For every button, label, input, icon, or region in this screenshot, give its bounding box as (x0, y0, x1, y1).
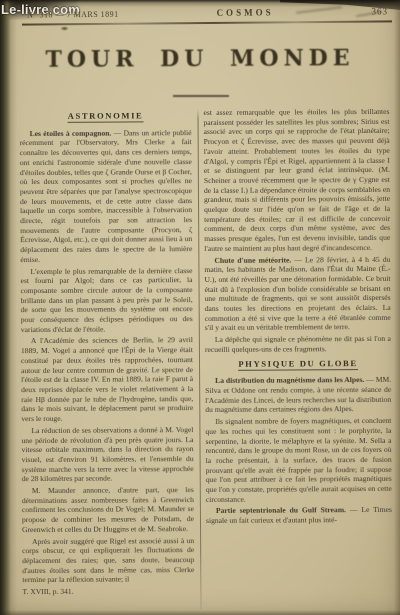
scan-edge-right (394, 0, 400, 615)
paragraph-lead: Les étoiles à compagnon. (30, 128, 112, 137)
column-divider (197, 109, 201, 609)
page-number: 363 (371, 6, 388, 16)
article-columns: ASTRONOMIE Les étoiles à compagnon. — Da… (19, 105, 392, 615)
paragraph-text: Ils signalent nombre de foyers magnétiqu… (205, 416, 391, 504)
paragraph-lead: Partie septentrionale du Gulf Stream. (216, 506, 346, 516)
paragraph: Les étoiles à compagnon. — Dans un artic… (20, 128, 193, 265)
paragraph-text: est assez remarquable que les étoiles le… (203, 107, 390, 253)
article-title: TOUR DU MONDE (0, 45, 400, 73)
section-heading-text: ASTRONOMIE (68, 110, 144, 122)
paragraph: La distribution du magnétisme dans les A… (205, 375, 391, 415)
header-rule (22, 20, 392, 25)
section-heading-physique-du-globe: PHYSIQUE DU GLOBE (205, 358, 391, 369)
section-heading-text: PHYSIQUE DU GLOBE (238, 358, 357, 371)
section-heading-astronomie: ASTRONOMIE (19, 111, 191, 122)
ink-stain (60, 26, 69, 31)
paragraph: A l'Académie des sciences de Berlin, le … (21, 336, 194, 424)
paragraph-text: — Le 28 février, à 4 h 45 du matin, les … (204, 254, 390, 332)
paragraph: Partie septentrionale du Gulf Stream. — … (206, 505, 392, 526)
journal-title: COSMOS (119, 7, 372, 19)
paragraph: Ils signalent nombre de foyers magnétiqu… (205, 416, 392, 504)
scanned-page: Le-livre.com N° 318 — 7 MARS 1891 COSMOS… (0, 0, 400, 615)
paragraph-text: L'exemple le plus remarquable de la dern… (20, 266, 192, 334)
paragraph-text: — Dans un article publié récemment par l… (20, 128, 193, 264)
issue-number: N° 318 — 7 MARS 1891 (27, 10, 119, 20)
paragraph: La réduction de ses observations a donné… (21, 425, 193, 484)
right-column: est assez remarquable que les étoiles le… (203, 105, 392, 615)
page-header: N° 318 — 7 MARS 1891 COSMOS 363 (27, 6, 388, 19)
paragraph-text: A l'Académie des sciences de Berlin, le … (21, 336, 193, 424)
left-column: ASTRONOMIE Les étoiles à compagnon. — Da… (19, 106, 194, 615)
paragraph: M. Maunder annonce, d'autre part, que le… (22, 485, 194, 535)
citation: T. XVIII, p. 341. (22, 586, 194, 597)
scan-edge-left (0, 0, 17, 615)
paragraph-text: M. Maunder annonce, d'autre part, que le… (22, 485, 194, 534)
paragraph-text: La réduction de ses observations a donné… (21, 425, 193, 484)
paragraph-lead: Chute d'une météorite. (214, 255, 291, 264)
paragraph: L'exemple le plus remarquable de la dern… (20, 266, 192, 335)
paragraph: La dépêche qui signale ce phénomène ne d… (205, 334, 391, 355)
paragraph: est assez remarquable que les étoiles le… (203, 107, 390, 254)
title-rule (173, 95, 229, 97)
paragraph-lead: La distribution du magnétisme dans les A… (215, 375, 364, 385)
paragraph-text: Après avoir suggéré que Rigel est associ… (22, 536, 194, 585)
paragraph-text: La dépêche qui signale ce phénomène ne d… (205, 334, 391, 354)
paragraph: Chute d'une météorite. — Le 28 février, … (204, 254, 390, 333)
paragraph: Après avoir suggéré que Rigel est associ… (22, 536, 194, 586)
